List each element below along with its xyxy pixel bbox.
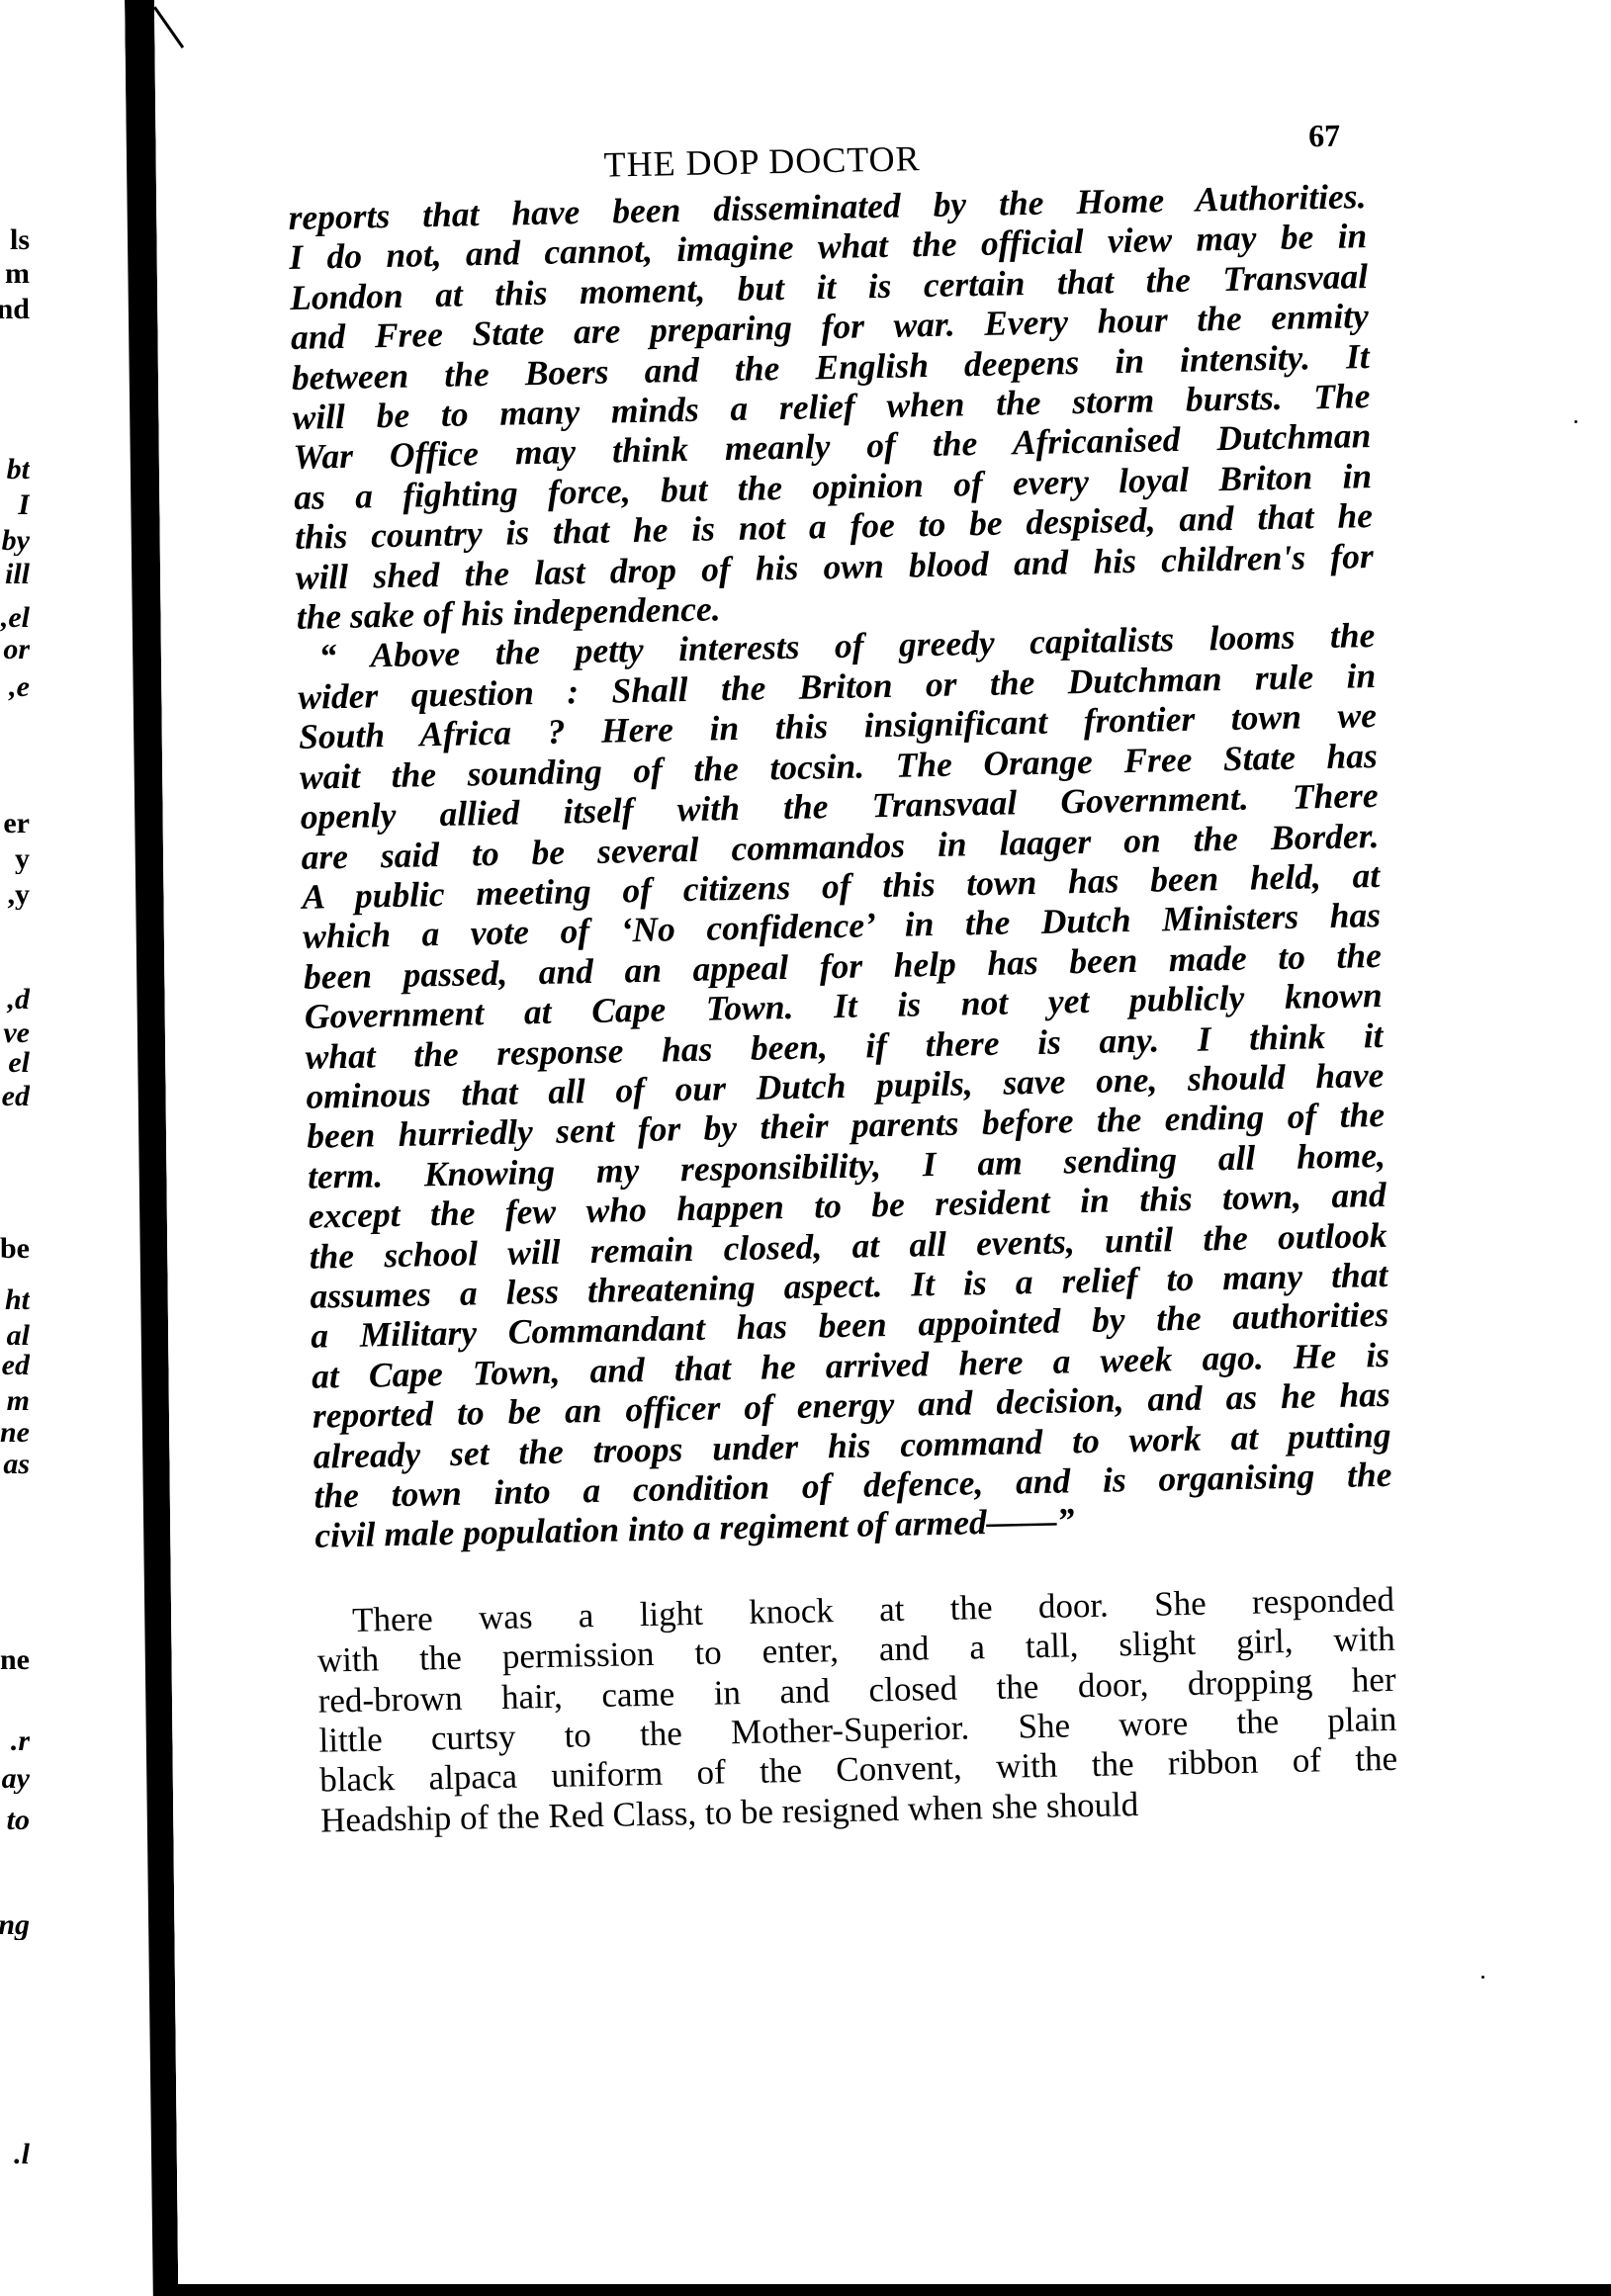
prev-page-fragment: as — [0, 1450, 30, 1479]
previous-page-edge-fragments: lsmndbtIbyillel,ore,eryy,d,veeledbehtale… — [0, 0, 30, 2296]
prev-page-fragment: ne — [0, 1418, 30, 1448]
book-page: THE DOP DOCTOR 67 reports that have been… — [287, 117, 1398, 1841]
prev-page-fragment: ls — [0, 225, 30, 255]
page-number: 67 — [1308, 118, 1341, 155]
narrative-paragraph: There was a light knock at the door. She… — [316, 1580, 1399, 1841]
prev-page-fragment: m — [0, 259, 30, 289]
prev-page-fragment: bt — [0, 455, 30, 485]
prev-page-fragment: m — [0, 1386, 30, 1416]
running-title: THE DOP DOCTOR — [603, 137, 921, 185]
prev-page-fragment: el — [0, 1048, 30, 1078]
prev-page-fragment: to — [0, 1806, 30, 1835]
prev-page-fragment: l. — [0, 2140, 30, 2169]
prev-page-fragment: or — [0, 635, 30, 664]
page-bottom-edge-shadow — [158, 2284, 1611, 2296]
prev-page-fragment: el, — [0, 603, 30, 633]
prev-page-fragment: ed — [0, 1082, 30, 1111]
page-tear-mark — [153, 6, 184, 48]
scan-speck — [1481, 1976, 1484, 1979]
letter-paragraph-2: “ Above the petty interests of greedy ca… — [297, 615, 1392, 1555]
scan-speck — [1574, 420, 1577, 423]
quoted-letter: reports that have been disseminated by t… — [288, 176, 1392, 1555]
prev-page-fragment: al — [0, 1321, 30, 1351]
prev-page-fragment: y — [0, 844, 30, 874]
prev-page-fragment: d, — [0, 985, 30, 1015]
prev-page-fragment: ve — [0, 1018, 30, 1048]
prev-page-fragment: ed — [0, 1351, 30, 1380]
prev-page-fragment: er — [0, 809, 30, 839]
prev-page-fragment: nd — [0, 295, 30, 324]
book-gutter-shadow — [125, 0, 178, 2296]
prev-page-fragment: e, — [0, 672, 30, 702]
prev-page-fragment: by — [0, 526, 30, 556]
prev-page-fragment: ill — [0, 560, 30, 589]
prev-page-fragment: r. — [0, 1726, 30, 1756]
prev-page-fragment: ne — [0, 1645, 30, 1675]
prev-page-fragment: ay — [0, 1764, 30, 1794]
prev-page-fragment: ng — [0, 1910, 30, 1940]
prev-page-fragment: I — [0, 490, 30, 520]
prev-page-fragment: y, — [0, 880, 30, 910]
letter-paragraph-1: reports that have been disseminated by t… — [288, 176, 1375, 637]
prev-page-fragment: be — [0, 1234, 30, 1264]
prev-page-fragment: ht — [0, 1285, 30, 1315]
